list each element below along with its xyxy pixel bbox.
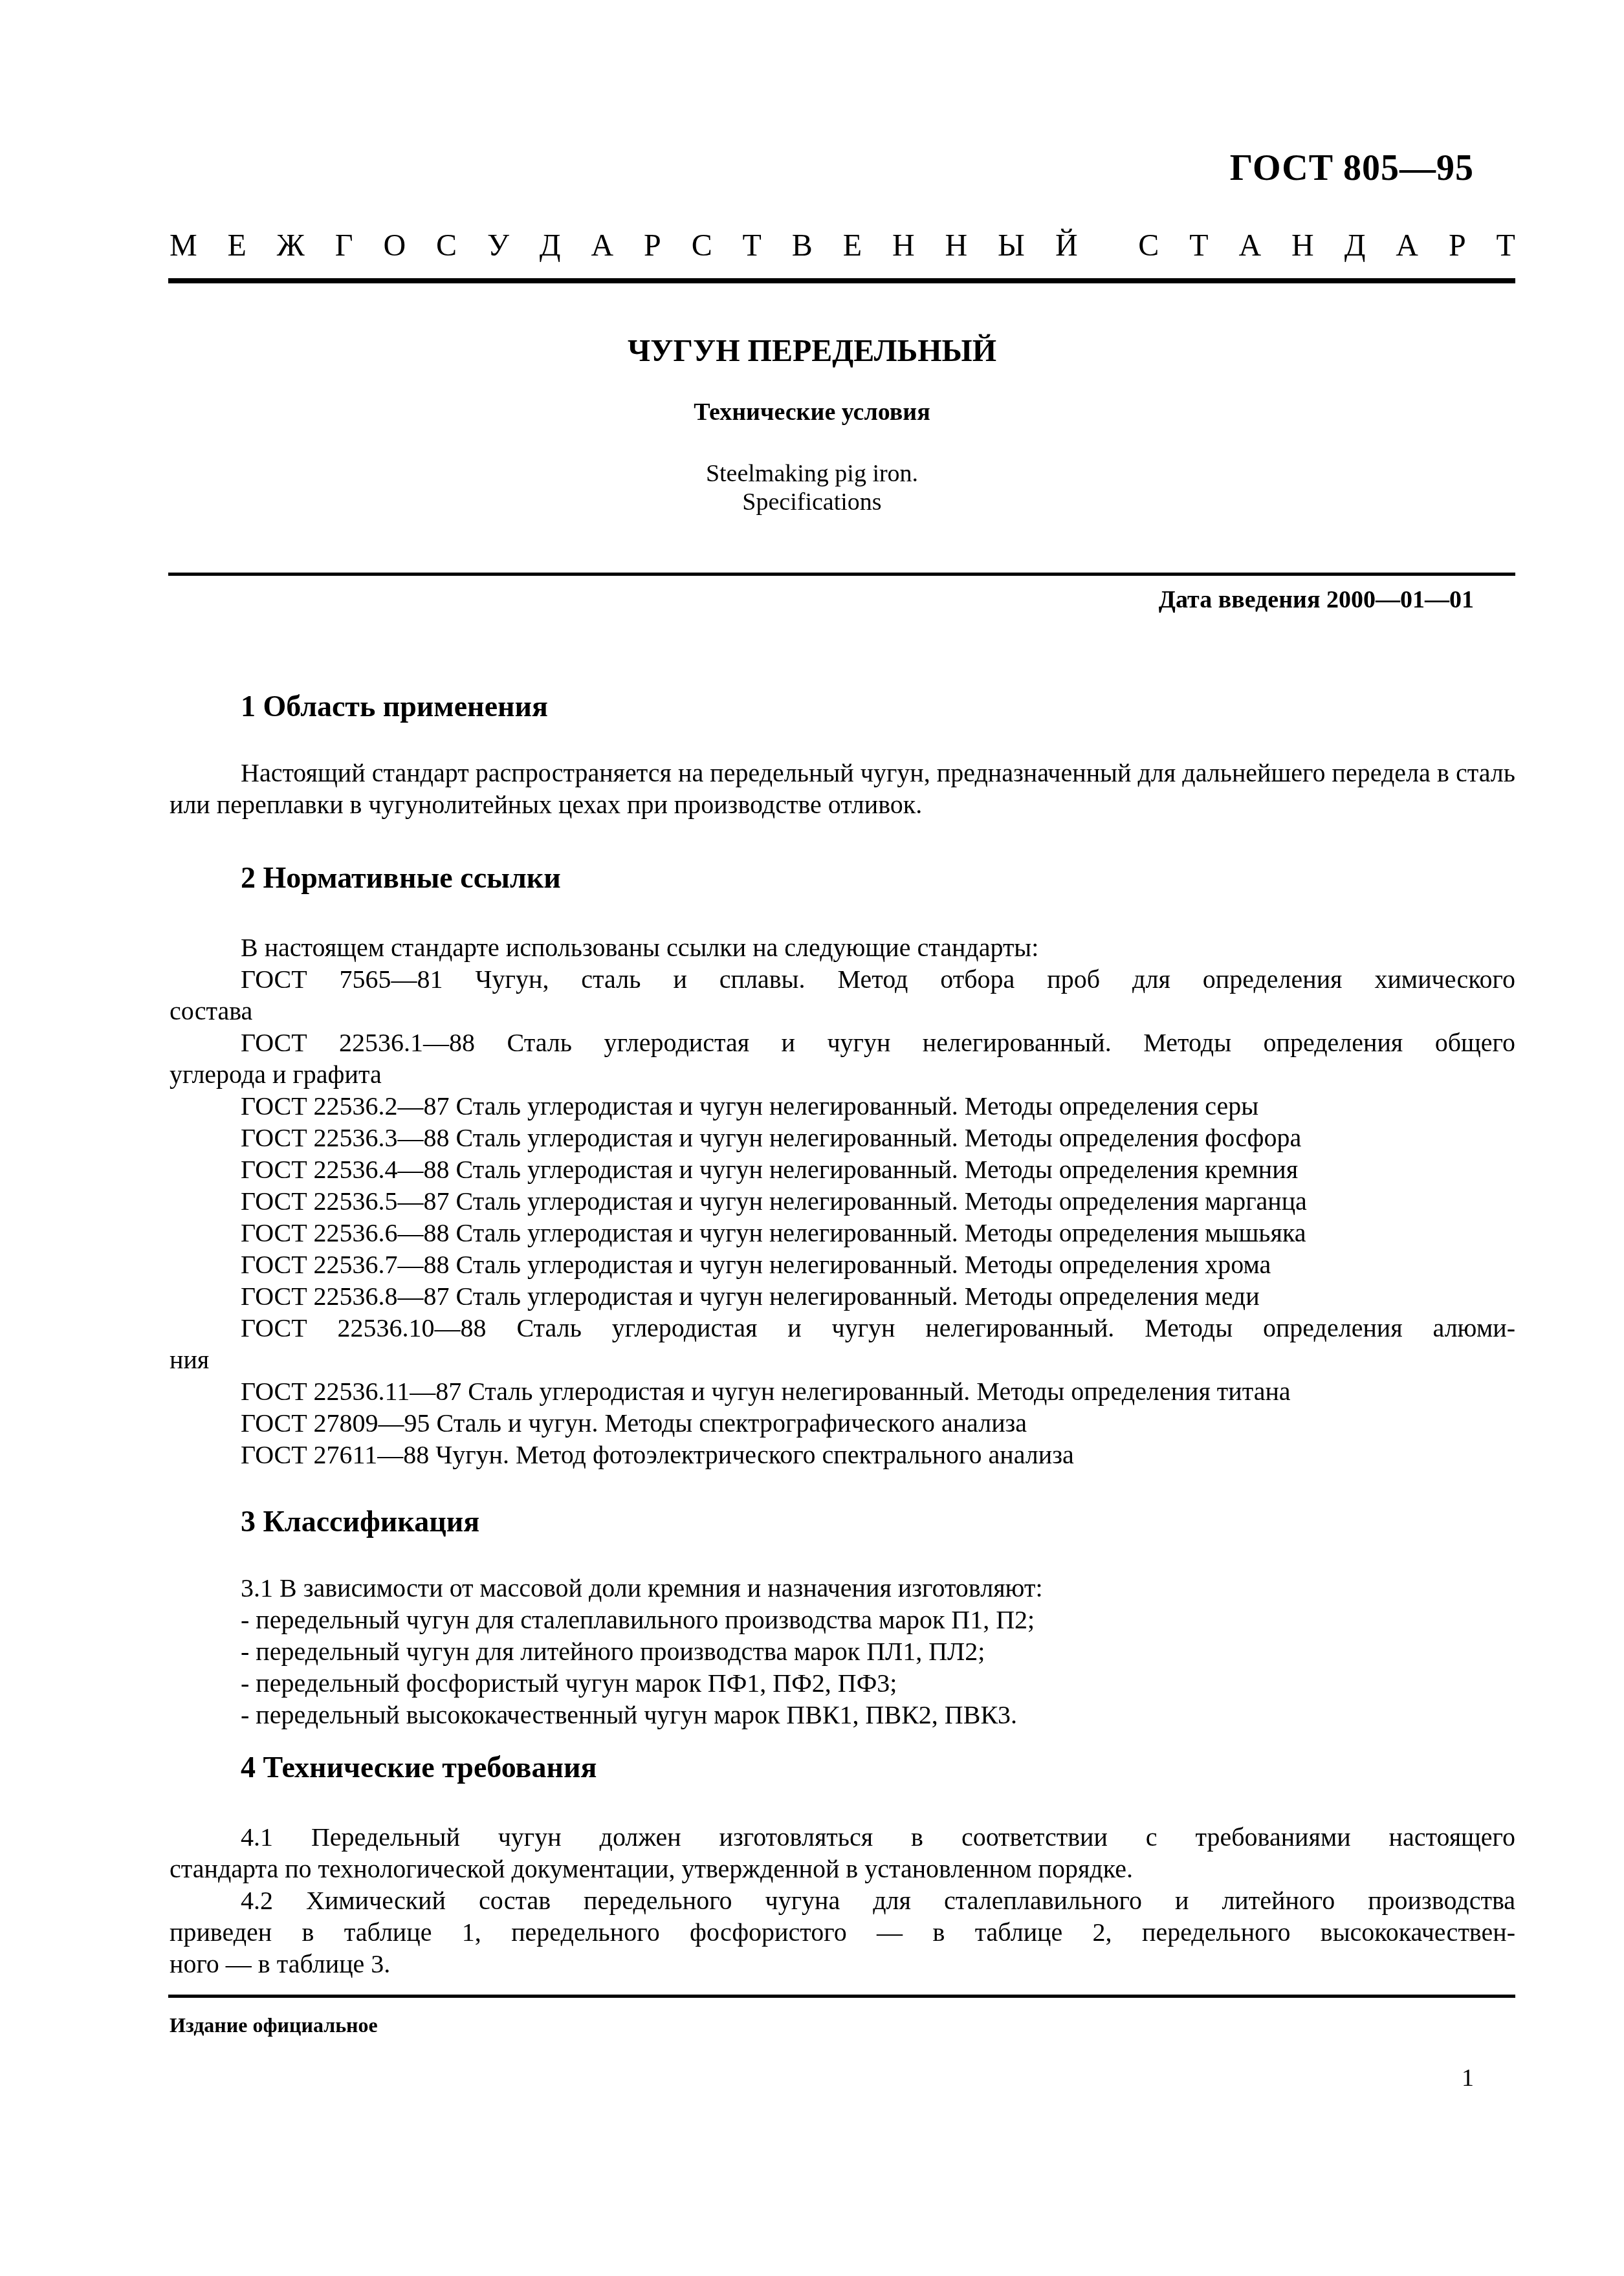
interstate-letter: Н <box>945 228 968 263</box>
interstate-letter: Н <box>892 228 915 263</box>
reference-item: ГОСТ 22536.11—87 Сталь углеродистая и чу… <box>170 1375 1515 1407</box>
interstate-letter: Й <box>1055 228 1078 263</box>
section-4-p2-rest-1: приведен в таблице 1, передельного фосфо… <box>170 1916 1515 1948</box>
section-3-intro: 3.1 В зависимости от массовой доли кремн… <box>241 1572 1043 1604</box>
section-1-paragraph: Настоящий стандарт распространяется на п… <box>170 757 1515 820</box>
reference-item-continuation: состава <box>170 995 1515 1027</box>
interstate-letter: Т <box>1189 228 1208 263</box>
interstate-letter: Ы <box>998 228 1025 263</box>
classification-item: - передельный чугун для литейного произв… <box>241 1636 1043 1667</box>
reference-item: ГОСТ 27809—95 Сталь и чугун. Методы спек… <box>170 1407 1515 1439</box>
section-2-body: В настоящем стандарте использованы ссылк… <box>170 932 1515 1471</box>
intro-date: Дата введения 2000—01—01 <box>1159 585 1474 614</box>
reference-item-continuation: углерода и графита <box>170 1058 1515 1090</box>
english-title: Steelmaking pig iron. Specifications <box>0 459 1624 516</box>
reference-item: ГОСТ 22536.6—88 Сталь углеродистая и чуг… <box>170 1217 1515 1249</box>
section-4-p2-rest-2: ного — в таблице 3. <box>170 1948 1515 1980</box>
reference-item: ГОСТ 22536.1—88 Сталь углеродистая и чуг… <box>170 1027 1515 1058</box>
section-4-body: 4.1 Передельный чугун должен изготовлять… <box>170 1821 1515 1980</box>
interstate-letter: В <box>792 228 813 263</box>
interstate-standard-label: МЕЖГОСУДАРСТВЕННЫЙ СТАНДАРТ <box>170 228 1515 263</box>
reference-item: ГОСТ 22536.10—88 Сталь углеродистая и чу… <box>170 1312 1515 1344</box>
reference-item: ГОСТ 22536.2—87 Сталь углеродистая и чуг… <box>170 1090 1515 1122</box>
section-1-heading: 1 Область применения <box>241 689 548 723</box>
header-rule <box>168 278 1515 283</box>
reference-item: ГОСТ 22536.5—87 Сталь углеродистая и чуг… <box>170 1185 1515 1217</box>
classification-item: - передельный фосфористый чугун марок ПФ… <box>241 1667 1043 1699</box>
reference-item: ГОСТ 27611—88 Чугун. Метод фотоэлектриче… <box>170 1439 1515 1471</box>
interstate-letter: Д <box>540 228 561 263</box>
page-number: 1 <box>1462 2064 1474 2092</box>
interstate-letter: Р <box>644 228 661 263</box>
reference-item: ГОСТ 22536.8—87 Сталь углеродистая и чуг… <box>170 1280 1515 1312</box>
interstate-letter: Н <box>1291 228 1314 263</box>
section-2-intro: В настоящем стандарте использованы ссылк… <box>170 932 1515 963</box>
document-subtitle: Технические условия <box>0 398 1624 426</box>
interstate-letter: Д <box>1344 228 1366 263</box>
interstate-letter: М <box>170 228 197 263</box>
interstate-letter: Г <box>335 228 353 263</box>
document-title: ЧУГУН ПЕРЕДЕЛЬНЫЙ <box>0 333 1624 369</box>
interstate-letter: Р <box>1449 228 1466 263</box>
interstate-letter: О <box>383 228 406 263</box>
interstate-letter: Т <box>1497 228 1515 263</box>
section-3-heading: 3 Классификация <box>241 1504 479 1538</box>
standard-number: ГОСТ 805—95 <box>1230 148 1474 189</box>
section-4-p2-first: 4.2 Химический состав передельного чугун… <box>170 1885 1515 1916</box>
reference-item-continuation: ния <box>170 1344 1515 1375</box>
interstate-letter: У <box>487 228 509 263</box>
interstate-letter: Т <box>743 228 762 263</box>
reference-item: ГОСТ 22536.3—88 Сталь углеродистая и чуг… <box>170 1122 1515 1154</box>
section-2-heading: 2 Нормативные ссылки <box>241 860 561 895</box>
reference-item: ГОСТ 22536.7—88 Сталь углеродистая и чуг… <box>170 1249 1515 1280</box>
section-1-text: Настоящий стандарт распространяется на п… <box>170 757 1515 820</box>
title-rule <box>168 573 1515 576</box>
interstate-letter: Е <box>843 228 862 263</box>
reference-item: ГОСТ 22536.4—88 Сталь углеродистая и чуг… <box>170 1154 1515 1185</box>
interstate-letter: С <box>1138 228 1159 263</box>
interstate-letter: А <box>1396 228 1418 263</box>
interstate-letter: С <box>436 228 457 263</box>
footer-rule <box>168 1995 1515 1998</box>
interstate-letter: С <box>692 228 712 263</box>
reference-item: ГОСТ 7565—81 Чугун, сталь и сплавы. Мето… <box>170 963 1515 995</box>
section-3-list: 3.1 В зависимости от массовой доли кремн… <box>241 1572 1043 1731</box>
classification-item: - передельный чугун для сталеплавильного… <box>241 1604 1043 1636</box>
section-4-p1-first: 4.1 Передельный чугун должен изготовлять… <box>170 1821 1515 1853</box>
english-title-line-1: Steelmaking pig iron. <box>0 459 1624 488</box>
section-4-p1-rest: стандарта по технологической документаци… <box>170 1853 1515 1885</box>
section-4-heading: 4 Технические требования <box>241 1750 597 1784</box>
interstate-letter: Е <box>228 228 247 263</box>
official-edition-note: Издание официальное <box>170 2013 378 2037</box>
english-title-line-2: Specifications <box>0 488 1624 516</box>
interstate-letter: Ж <box>277 228 305 263</box>
classification-item: - передельный высококачественный чугун м… <box>241 1699 1043 1731</box>
interstate-letter: А <box>591 228 613 263</box>
interstate-letter: А <box>1239 228 1262 263</box>
